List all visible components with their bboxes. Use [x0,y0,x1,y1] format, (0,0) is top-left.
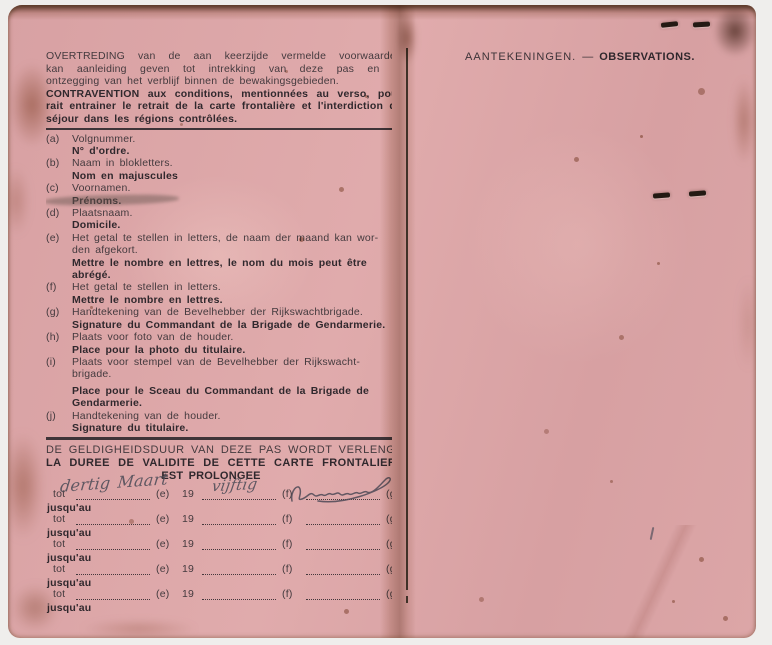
intro-line: séjour dans les régions contrôlées. [46,113,392,126]
observations-heading-dash: — [576,51,599,63]
item-marker [46,294,72,306]
item-line: brigade. [46,368,392,380]
item-line: Nom en majuscules [46,170,392,182]
observations-margin-rule [406,48,408,590]
item-line: (e) Het getal te stellen in letters, de … [46,232,392,244]
validity-row-line: tot (e) 19 (f) (g [46,514,392,526]
item-marker [46,145,72,157]
observations-heading-fr: OBSERVATIONS. [599,51,695,63]
tot-label: tot [53,588,76,601]
item-line: Mettre le nombre en lettres, le nom du m… [46,257,392,269]
item-text: Gendarmerie. [72,397,392,409]
jusquau-label: jusqu'au [46,527,392,539]
item-marker: (j) [46,410,72,422]
item-marker [46,368,72,380]
f-label: (f) [282,538,300,551]
item-line: Prénoms. [46,195,392,207]
item-text: N° d'ordre. [72,145,392,157]
year-prefix-label: 19 [182,488,198,501]
year-prefix-label: 19 [182,588,198,601]
validity-row: tot (e) 19 (f) (g jusqu'au [46,539,392,564]
item-text: Domicile. [72,219,392,231]
item-marker: (c) [46,182,72,194]
right-page: AANTEKENINGEN.—OBSERVATIONS. [412,51,748,63]
intro-line: rait entrainer le retrait de la carte fr… [46,100,392,113]
item-marker [46,219,72,231]
item-line: Gendarmerie. [46,397,392,409]
dotted-line [76,539,150,550]
item-text: Mettre le nombre en lettres. [72,294,392,306]
year-prefix-label: 19 [182,538,198,551]
f-label: (f) [282,588,300,601]
dotted-line [306,514,380,525]
stain [8,155,32,247]
item-text: Het getal te stellen in letters. [72,281,392,293]
item-marker: (f) [46,281,72,293]
dotted-line [76,564,150,575]
handwritten-year: vijftig [211,478,258,493]
intro-line: OVERTREDING van de aan keerzijde vermeld… [46,50,392,63]
item-line: (f) Het getal te stellen in letters. [46,281,392,293]
validity-row: tot (e) 19 (f) (g jusqu'au [46,564,392,589]
validity-heading-line: LA DUREE DE VALIDITE DE CETTE CARTE FRON… [46,457,392,470]
item-text: Plaats voor foto van de houder. [72,331,392,343]
item-marker [46,422,72,434]
item-line: (c) Voornamen. [46,182,392,194]
dotted-line [306,564,380,575]
stain [8,415,48,557]
e-label: (e) [156,488,176,501]
observations-margin-rule-end [406,596,408,603]
item-line: Place pour le Sceau du Commandant de la … [46,385,392,397]
item-line: Mettre le nombre en lettres. [46,294,392,306]
stain [730,65,756,177]
items-list: (a) Volgnummer. N° d'ordre. (b) Naam in … [46,133,392,435]
item-marker [46,257,72,269]
top-edge-stain [8,5,756,20]
observations-heading-nl: AANTEKENINGEN. [465,51,576,63]
g-label: (g [386,588,392,601]
item-text: Plaatsnaam. [72,207,392,219]
dotted-line [76,514,150,525]
item-text: Plaats voor stempel van de Bevelhebber d… [72,356,392,368]
g-label: (g [386,538,392,551]
item-marker [46,319,72,331]
item-line: (d) Plaatsnaam. [46,207,392,219]
item-line: abrégé. [46,269,392,281]
item-line: Signature du titulaire. [46,422,392,434]
stain [738,263,756,385]
dotted-line [306,539,380,550]
paper-freckles [8,5,11,8]
item-text: Voornamen. [72,182,392,194]
item-line: Domicile. [46,219,392,231]
jusquau-label: jusqu'au [46,552,392,564]
item-text: Handtekening van de houder. [72,410,392,422]
item-line: Signature du Commandant de la Brigade de… [46,319,392,331]
item-marker: (e) [46,232,72,244]
item-marker [46,385,72,397]
item-text: Place pour le Sceau du Commandant de la … [72,385,392,397]
tot-label: tot [53,563,76,576]
item-line: (b) Naam in blokletters. [46,157,392,169]
year-prefix-label: 19 [182,563,198,576]
item-line: (h) Plaats voor foto van de houder. [46,331,392,343]
year-prefix-label: 19 [182,513,198,526]
item-marker: (g) [46,306,72,318]
item-text: Place pour la photo du titulaire. [72,344,392,356]
validity-row: tot (e) 19 (f) (g jusqu'au [46,589,392,614]
dotted-line [202,514,276,525]
staple-hole [653,192,670,198]
item-marker: (b) [46,157,72,169]
item-text: Handtekening van de Bevelhebber der Rijk… [72,306,392,318]
validity-rows: dertig Maart vijftig tot (e) 19 (f) [46,489,392,614]
item-marker: (h) [46,331,72,343]
left-page: OVERTREDING van de aan keerzijde vermeld… [46,37,392,621]
item-marker [46,244,72,256]
item-marker [46,397,72,409]
item-text: Nom en majuscules [72,170,392,182]
item-text: Naam in blokletters. [72,157,392,169]
item-text: Mettre le nombre en lettres, le nom du m… [72,257,392,269]
tot-label: tot [53,538,76,551]
item-line: (g) Handtekening van de Bevelhebber der … [46,306,392,318]
dotted-line [202,539,276,550]
staple-hole [693,22,710,28]
item-line: (i) Plaats voor stempel van de Bevelhebb… [46,356,392,368]
item-line: (j) Handtekening van de houder. [46,410,392,422]
intro-line: kan aanleiding geven tot intrekking van … [46,63,392,76]
divider-rule [46,437,392,440]
paper-mottle [438,95,718,395]
validity-row: tot (e) 19 (f) (g jusqu'au [46,514,392,539]
item-text: Signature du Commandant de la Brigade de… [72,319,392,331]
tot-label: tot [53,513,76,526]
frontier-card: OVERTREDING van de aan keerzijde vermeld… [8,5,756,638]
item-text: Signature du titulaire. [72,422,392,434]
item-text: abrégé. [72,269,392,281]
dotted-line [202,589,276,600]
item-marker: (i) [46,356,72,368]
item-marker: (d) [46,207,72,219]
intro-paragraph: OVERTREDING van de aan keerzijde vermeld… [46,50,392,125]
pen-mark [650,527,655,540]
validity-heading-line: DE GELDIGHEIDSDUUR VAN DEZE PAS WORDT VE… [46,444,392,457]
item-text: brigade. [72,368,392,380]
f-label: (f) [282,563,300,576]
item-text: den afgekort. [72,244,392,256]
paper-crease [548,525,756,638]
item-line: Place pour la photo du titulaire. [46,344,392,356]
item-line: den afgekort. [46,244,392,256]
item-marker [46,344,72,356]
e-label: (e) [156,513,176,526]
f-label: (f) [282,513,300,526]
item-text: Prénoms. [72,195,392,207]
intro-line: ontzegging van het verblijf binnen de be… [46,75,392,88]
jusquau-label: jusqu'au [46,602,392,614]
dotted-line [306,589,380,600]
e-label: (e) [156,563,176,576]
item-text: Het getal te stellen in letters, de naam… [72,232,392,244]
validity-row-line: tot (e) 19 (f) (g [46,564,392,576]
divider-rule [46,128,392,130]
jusquau-label: jusqu'au [46,577,392,589]
dotted-line [202,564,276,575]
item-marker [46,170,72,182]
staple-hole [689,190,706,196]
g-label: (g [386,563,392,576]
validity-row-line: tot (e) 19 (f) (g [46,539,392,551]
staple-hole [661,21,678,28]
item-marker [46,269,72,281]
item-text: Volgnummer. [72,133,392,145]
e-label: (e) [156,538,176,551]
handwritten-signature [284,471,392,511]
g-label: (g [386,513,392,526]
e-label: (e) [156,588,176,601]
validity-row-line: tot (e) 19 (f) (g [46,589,392,601]
dotted-line [76,589,150,600]
item-line: N° d'ordre. [46,145,392,157]
item-line: (a) Volgnummer. [46,133,392,145]
scan-background: OVERTREDING van de aan keerzijde vermeld… [0,0,772,645]
intro-line: CONTRAVENTION aux conditions, mentionnée… [46,88,392,101]
item-marker: (a) [46,133,72,145]
